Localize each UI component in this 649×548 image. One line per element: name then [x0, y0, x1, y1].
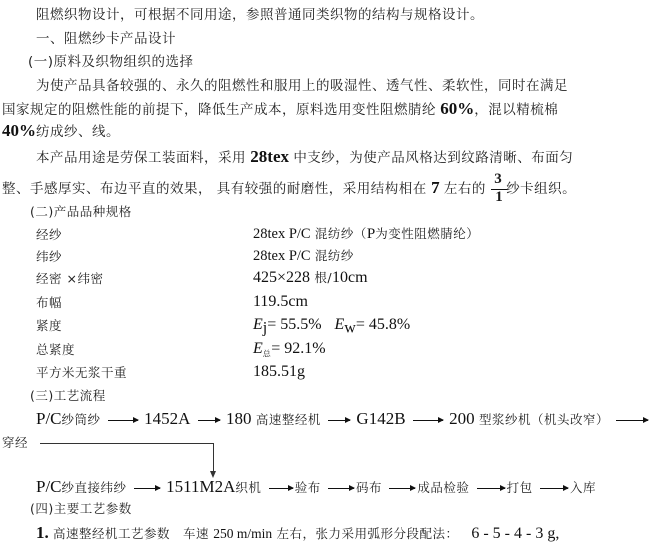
flow-step-text: 纱筒纱	[62, 412, 101, 427]
spec-label: 经密 ×纬密	[36, 270, 104, 288]
text: 国家规定的阻燃性能的前提下，降低生产成本，原料选用变性阻燃腈纶	[2, 102, 436, 118]
value-p: P	[367, 226, 375, 242]
ew-value: = 45.8%	[356, 316, 410, 333]
flow-step-num: 1511M2A	[166, 477, 235, 496]
flow-step-text: 高速整经机	[256, 412, 321, 427]
arrow-icon	[108, 420, 138, 421]
speed-tail: 左右，张力采用弧形分段配法：	[276, 526, 458, 541]
flow-step-num: 180	[226, 409, 252, 428]
spec-label: 平方米无浆干重	[36, 364, 127, 382]
spec-label: 紧度	[36, 317, 62, 335]
spec-value: 28tex P/C 混纺纱（P为变性阻燃腈纶）	[253, 225, 479, 243]
ew-symbol: E	[334, 316, 344, 333]
spec-label: 布幅	[36, 294, 62, 312]
flow-step-text: 打包	[507, 480, 533, 495]
arrow-icon	[198, 420, 220, 421]
speed-label: 车速	[183, 526, 209, 541]
twill-fraction: 3 1	[491, 174, 505, 204]
param-title: 高速整经机工艺参数	[53, 526, 170, 541]
spec-value: Ej= 55.5% Ew= 45.8%	[253, 316, 410, 338]
paragraph-2-line-1: 本产品用途是劳保工装面料，采用 28tex 中支纱，为使产品风格达到纹路清晰、布…	[36, 148, 573, 167]
arrow-icon	[477, 488, 505, 489]
section-1-title: 一、阻燃纱卡产品设计	[36, 30, 176, 48]
spec-label: 纬纱	[36, 248, 62, 266]
speed-value: 250 m/min	[213, 526, 272, 541]
flow-step-num: P/C	[36, 477, 62, 496]
process-flow-row-2: P/C纱直接纬纱 1511M2A织机 验布 码布 成品检验 打包 入库	[36, 478, 596, 497]
structure-phase-value: 7	[431, 178, 440, 197]
e-symbol: E	[253, 340, 263, 357]
spec-value: 119.5cm	[253, 293, 308, 311]
arrow-icon	[389, 488, 415, 489]
paragraph-2-line-2: 整、手感厚实、布边平直的效果， 具有较强的耐磨性，采用结构相在 7 左右的 3 …	[2, 174, 576, 204]
value-num: 185.51g	[253, 363, 305, 380]
arrow-icon	[328, 420, 350, 421]
text: 本产品用途是劳保工装面料，采用	[36, 150, 246, 166]
ej-value: = 55.5%	[267, 316, 321, 333]
spec-label: 经纱	[36, 226, 62, 244]
value-cn: 根/	[314, 270, 332, 285]
value-tail: 为变性阻燃腈纶）	[375, 226, 479, 241]
process-flow-row-1: P/C纱筒纱 1452A 180 高速整经机 G142B 200 型浆纱机（机头…	[36, 410, 649, 429]
fraction-numerator: 3	[494, 170, 502, 188]
flow-step-num: G142B	[356, 409, 405, 428]
flow-step-num: 1452A	[144, 409, 190, 428]
percent-value: 60%	[440, 99, 474, 118]
spec-value: 185.51g	[253, 363, 305, 381]
text: 中支纱，为使产品风格达到纹路清晰、布面匀	[293, 150, 573, 166]
e-subscript: 总	[263, 350, 272, 359]
subsection-3-title: (三)工艺流程	[30, 387, 106, 405]
text: 左右的	[444, 181, 486, 197]
value-num: 28tex P/C	[253, 226, 311, 242]
value-cn: 混纺纱	[315, 248, 354, 263]
arrow-icon	[328, 488, 354, 489]
ew-subscript: w	[344, 320, 356, 337]
text: 纱卡组织。	[506, 181, 576, 197]
e-value: = 92.1%	[271, 340, 325, 357]
flow-step-text: 型浆纱机（机头改窄）	[479, 412, 609, 427]
spec-label: 总紧度	[36, 341, 75, 359]
tex-value: 28tex	[250, 147, 289, 166]
label-b: 纬密	[77, 271, 103, 286]
fraction-denominator: 1	[495, 188, 503, 206]
spec-value: 425×228 根/10cm	[253, 269, 368, 287]
value-num: 119.5cm	[253, 293, 308, 310]
paragraph-1-line-2: 国家规定的阻燃性能的前提下，降低生产成本，原料选用变性阻燃腈纶 60%，混以精梳…	[2, 100, 558, 119]
text: 纺成纱、线。	[36, 124, 120, 140]
text: 整、手感厚实、布边平直的效果， 具有较强的耐磨性，采用结构相在	[2, 181, 427, 197]
value-num: 28tex P/C	[253, 248, 311, 264]
arrow-icon	[540, 488, 568, 489]
arrow-icon	[616, 420, 648, 421]
text: ，混以精梳棉	[474, 102, 558, 118]
flow-step-text: 纱直接纬纱	[62, 480, 127, 495]
percent-value: 40%	[2, 121, 36, 140]
arrow-icon	[134, 488, 160, 489]
param-index: 1.	[36, 523, 49, 542]
flow-threading-label: 穿经	[2, 434, 28, 452]
value-num: 425×228	[253, 269, 310, 286]
param-1-line: 1. 高速整经机工艺参数 车速 250 m/min 左右，张力采用弧形分段配法：…	[36, 524, 559, 543]
subsection-2-title: (二)产品品种规格	[30, 203, 132, 221]
value-unit: 10cm	[332, 269, 368, 286]
flow-connector-line	[40, 443, 214, 444]
spec-value: 28tex P/C 混纺纱	[253, 247, 354, 265]
label-a: 经密	[36, 271, 62, 286]
paragraph-1-line-1: 为使产品具备较强的、永久的阻燃性和服用上的吸湿性、透气性、柔软性，同时在满足	[36, 77, 568, 95]
flow-step-text: 验布	[295, 480, 321, 495]
paragraph-1-line-3: 40%纺成纱、线。	[2, 122, 120, 141]
flow-step-num: P/C	[36, 409, 62, 428]
ej-symbol: E	[253, 316, 263, 333]
tension-values: 6 - 5 - 4 - 3 g,	[471, 525, 559, 542]
subsection-4-title: (四)主要工艺参数	[30, 500, 132, 518]
flow-step-text: 入库	[570, 480, 596, 495]
subsection-1-title: (一)原料及织物组织的选择	[28, 53, 194, 71]
arrow-icon	[413, 420, 443, 421]
intro-text: 阻燃织物设计，可根据不同用途，参照普通同类织物的结构与规格设计。	[36, 6, 484, 24]
flow-step-text: 织机	[235, 480, 261, 495]
flow-step-text: 码布	[356, 480, 382, 495]
flow-step-text: 成品检验	[417, 480, 469, 495]
value-cn: 混纺纱（	[315, 226, 367, 241]
arrow-icon	[269, 488, 293, 489]
spec-value: E总= 92.1%	[253, 340, 326, 364]
flow-connector-line	[213, 443, 214, 473]
flow-step-num: 200	[449, 409, 475, 428]
label-x: ×	[67, 271, 78, 286]
